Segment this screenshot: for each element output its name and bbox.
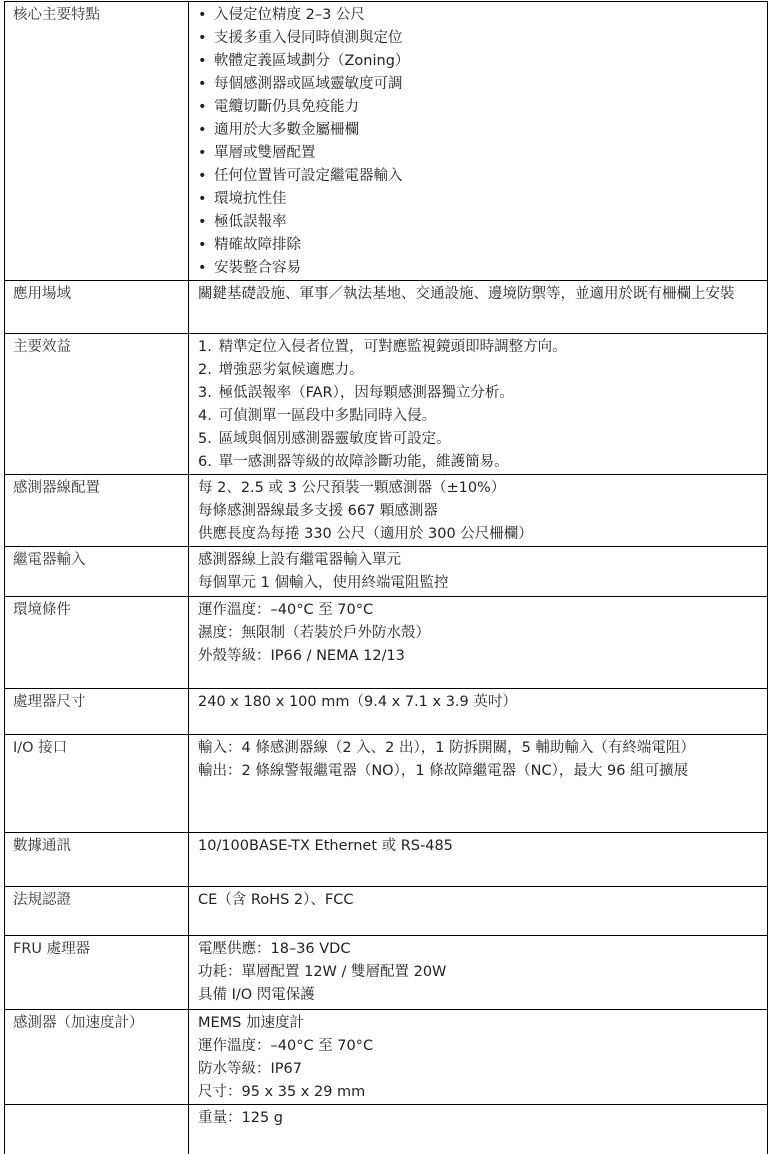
numbered-item: 1. 精準定位入侵者位置，可對應監視鏡頭即時調整方向。	[198, 336, 761, 359]
value-line: 具備 I/O 閃電保護	[198, 984, 761, 1007]
spec-row-fru-processor: FRU 處理器 電壓供應：18–36 VDC 功耗：單層配置 12W / 雙層配…	[5, 936, 768, 1010]
value-line: 運作溫度：–40°C 至 70°C	[198, 599, 761, 622]
value-line: 每個單元 1 個輸入，使用終端電阻監控	[198, 572, 761, 595]
value-line: 輸入：4 條感測器線（2 入、2 出），1 防拆開關，5 輔助輸入（有終端電阻）	[198, 737, 761, 760]
value-line: 供應長度為每捲 330 公尺（適用於 300 公尺柵欄）	[198, 523, 761, 546]
bullet-icon: •	[198, 119, 214, 142]
numbered-item: 6. 單一感測器等級的故障診斷功能，維護簡易。	[198, 451, 761, 474]
list-item: •每個感測器或區域靈敏度可調	[198, 73, 761, 96]
list-item: •單層或雙層配置	[198, 142, 761, 165]
row-label: 主要效益	[5, 334, 189, 475]
row-label: 數據通訊	[5, 833, 189, 887]
row-value: 重量：125 g	[189, 1105, 768, 1154]
row-label: 應用場域	[5, 281, 189, 334]
row-label: 繼電器輸入	[5, 547, 189, 597]
list-item: •適用於大多數金屬柵欄	[198, 119, 761, 142]
spec-row-sensor-cable: 感測器線配置 每 2、2.5 或 3 公尺預裝一顆感測器（±10%） 每條感測器…	[5, 475, 768, 547]
value-line: 感測器線上設有繼電器輸入單元	[198, 549, 761, 572]
numbered-item: 2. 增強惡劣氣候適應力。	[198, 359, 761, 382]
row-label: I/O 接口	[5, 735, 189, 833]
list-item: •軟體定義區域劃分（Zoning）	[198, 50, 761, 73]
value-line: 運作溫度：–40°C 至 70°C	[198, 1035, 761, 1058]
spec-row-environment: 環境條件 運作溫度：–40°C 至 70°C 濕度：無限制（若裝於戶外防水殼） …	[5, 597, 768, 689]
list-item: •支援多重入侵同時偵測與定位	[198, 27, 761, 50]
value-line: 電壓供應：18–36 VDC	[198, 938, 761, 961]
list-item: •極低誤報率	[198, 211, 761, 234]
numbered-item: 5. 區域與個別感測器靈敏度皆可設定。	[198, 428, 761, 451]
bullet-icon: •	[198, 50, 214, 73]
row-value: CE（含 RoHS 2）、FCC	[189, 887, 768, 936]
numbered-item: 3. 極低誤報率（FAR），因每顆感測器獨立分析。	[198, 382, 761, 405]
bullet-icon: •	[198, 4, 214, 27]
row-label: 感測器（加速度計）	[5, 1010, 189, 1105]
row-value: 10/100BASE-TX Ethernet 或 RS-485	[189, 833, 768, 887]
value-line: 240 x 180 x 100 mm（9.4 x 7.1 x 3.9 英吋）	[198, 691, 761, 714]
value-line: 每 2、2.5 或 3 公尺預裝一顆感測器（±10%）	[198, 477, 761, 500]
value-line: CE（含 RoHS 2）、FCC	[198, 889, 761, 912]
value-line: 濕度：無限制（若裝於戶外防水殼）	[198, 622, 761, 645]
row-value: 每 2、2.5 或 3 公尺預裝一顆感測器（±10%） 每條感測器線最多支援 6…	[189, 475, 768, 547]
bullet-icon: •	[198, 257, 214, 280]
list-item: •任何位置皆可設定繼電器輸入	[198, 165, 761, 188]
spec-row-weight: 重量：125 g	[5, 1105, 768, 1154]
value-line: MEMS 加速度計	[198, 1012, 761, 1035]
bullet-icon: •	[198, 188, 214, 211]
spec-row-communication: 數據通訊 10/100BASE-TX Ethernet 或 RS-485	[5, 833, 768, 887]
list-item: •電纜切斷仍具免疫能力	[198, 96, 761, 119]
spec-row-applications: 應用場域 關鍵基礎設施、軍事／執法基地、交通設施、邊境防禦等，並適用於既有柵欄上…	[5, 281, 768, 334]
spec-row-io: I/O 接口 輸入：4 條感測器線（2 入、2 出），1 防拆開關，5 輔助輸入…	[5, 735, 768, 833]
row-value: 240 x 180 x 100 mm（9.4 x 7.1 x 3.9 英吋）	[189, 689, 768, 735]
list-item: •環境抗性佳	[198, 188, 761, 211]
feature-list: •入侵定位精度 2–3 公尺 •支援多重入侵同時偵測與定位 •軟體定義區域劃分（…	[189, 2, 768, 281]
value-line: 尺寸：95 x 35 x 29 mm	[198, 1081, 761, 1104]
value-line: 防水等級：IP67	[198, 1058, 761, 1081]
list-item: •入侵定位精度 2–3 公尺	[198, 4, 761, 27]
spec-row-core-features: 核心主要特點 •入侵定位精度 2–3 公尺 •支援多重入侵同時偵測與定位 •軟體…	[5, 2, 768, 281]
value-line: 外殼等級：IP66 / NEMA 12/13	[198, 645, 761, 668]
bullet-icon: •	[198, 142, 214, 165]
spec-row-certification: 法規認證 CE（含 RoHS 2）、FCC	[5, 887, 768, 936]
row-label	[5, 1105, 189, 1154]
spec-row-relay-input: 繼電器輸入 感測器線上設有繼電器輸入單元 每個單元 1 個輸入，使用終端電阻監控	[5, 547, 768, 597]
row-label: 法規認證	[5, 887, 189, 936]
bullet-icon: •	[198, 27, 214, 50]
row-value: 感測器線上設有繼電器輸入單元 每個單元 1 個輸入，使用終端電阻監控	[189, 547, 768, 597]
row-value: 關鍵基礎設施、軍事／執法基地、交通設施、邊境防禦等，並適用於既有柵欄上安裝	[189, 281, 768, 334]
value-line: 輸出：2 條線警報繼電器（NO），1 條故障繼電器（NC），最大 96 組可擴展	[198, 760, 761, 783]
row-value: 運作溫度：–40°C 至 70°C 濕度：無限制（若裝於戶外防水殼） 外殼等級：…	[189, 597, 768, 689]
bullet-icon: •	[198, 211, 214, 234]
value-line: 10/100BASE-TX Ethernet 或 RS-485	[198, 835, 761, 858]
spec-row-sensor: 感測器（加速度計） MEMS 加速度計 運作溫度：–40°C 至 70°C 防水…	[5, 1010, 768, 1105]
bullet-icon: •	[198, 73, 214, 96]
benefit-list: 1. 精準定位入侵者位置，可對應監視鏡頭即時調整方向。 2. 增強惡劣氣候適應力…	[189, 334, 768, 475]
row-label: FRU 處理器	[5, 936, 189, 1010]
row-label: 處理器尺寸	[5, 689, 189, 735]
numbered-item: 4. 可偵測單一區段中多點同時入侵。	[198, 405, 761, 428]
spec-row-benefits: 主要效益 1. 精準定位入侵者位置，可對應監視鏡頭即時調整方向。 2. 增強惡劣…	[5, 334, 768, 475]
row-label: 核心主要特點	[5, 2, 189, 281]
spec-table: 核心主要特點 •入侵定位精度 2–3 公尺 •支援多重入侵同時偵測與定位 •軟體…	[4, 1, 768, 1154]
value-line: 功耗：單層配置 12W / 雙層配置 20W	[198, 961, 761, 984]
bullet-icon: •	[198, 96, 214, 119]
value-line: 關鍵基礎設施、軍事／執法基地、交通設施、邊境防禦等，並適用於既有柵欄上安裝	[198, 283, 761, 306]
row-value: MEMS 加速度計 運作溫度：–40°C 至 70°C 防水等級：IP67 尺寸…	[189, 1010, 768, 1105]
list-item: •精確故障排除	[198, 234, 761, 257]
list-item: •安裝整合容易	[198, 257, 761, 280]
row-label: 感測器線配置	[5, 475, 189, 547]
row-value: 輸入：4 條感測器線（2 入、2 出），1 防拆開關，5 輔助輸入（有終端電阻）…	[189, 735, 768, 833]
row-label: 環境條件	[5, 597, 189, 689]
row-value: 電壓供應：18–36 VDC 功耗：單層配置 12W / 雙層配置 20W 具備…	[189, 936, 768, 1010]
bullet-icon: •	[198, 234, 214, 257]
spec-row-processor-size: 處理器尺寸 240 x 180 x 100 mm（9.4 x 7.1 x 3.9…	[5, 689, 768, 735]
value-line: 重量：125 g	[198, 1107, 761, 1130]
bullet-icon: •	[198, 165, 214, 188]
value-line: 每條感測器線最多支援 667 顆感測器	[198, 500, 761, 523]
